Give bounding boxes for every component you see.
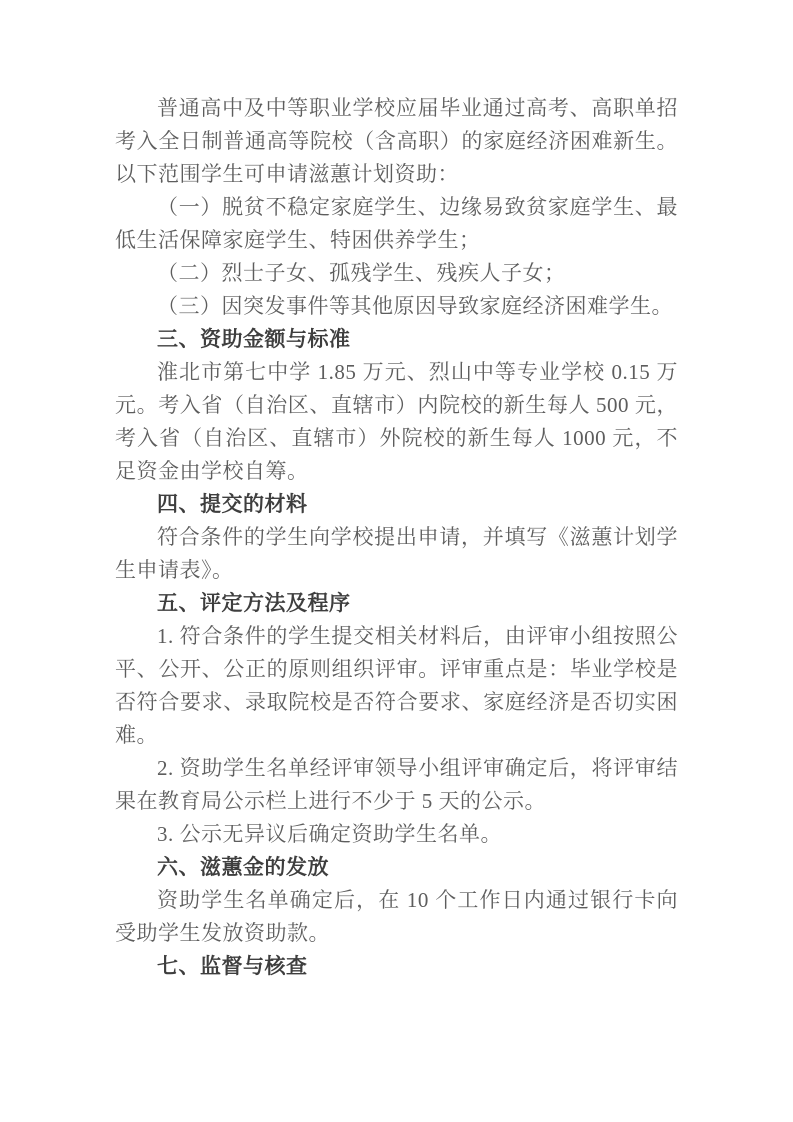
heading-section-5-procedure: 五、评定方法及程序	[115, 587, 678, 620]
heading-section-3-funding-amount: 三、资助金额与标准	[115, 323, 678, 356]
paragraph-eligibility-item-3: （三）因突发事件等其他原因导致家庭经济困难学生。	[115, 290, 678, 323]
paragraph-eligibility-item-1: （一）脱贫不稳定家庭学生、边缘易致贫家庭学生、最低生活保障家庭学生、特困供养学生…	[115, 191, 678, 257]
paragraph-disbursement-method: 资助学生名单确定后，在 10 个工作日内通过银行卡向受助学生发放资助款。	[115, 884, 678, 950]
heading-section-6-disbursement: 六、滋蕙金的发放	[115, 851, 678, 884]
document-page: 普通高中及中等职业学校应届毕业通过高考、高职单招考入全日制普通高等院校（含高职）…	[0, 0, 793, 1122]
paragraph-funding-standards: 淮北市第七中学 1.85 万元、烈山中等专业学校 0.15 万元。考入省（自治区…	[115, 356, 678, 488]
heading-section-7-supervision: 七、监督与核查	[115, 950, 678, 983]
paragraph-procedure-step-1: 1. 符合条件的学生提交相关材料后，由评审小组按照公平、公开、公正的原则组织评审…	[115, 620, 678, 752]
paragraph-eligibility-intro: 普通高中及中等职业学校应届毕业通过高考、高职单招考入全日制普通高等院校（含高职）…	[115, 92, 678, 191]
document-body: 普通高中及中等职业学校应届毕业通过高考、高职单招考入全日制普通高等院校（含高职）…	[115, 92, 678, 983]
heading-section-4-materials: 四、提交的材料	[115, 488, 678, 521]
paragraph-procedure-step-2: 2. 资助学生名单经评审领导小组评审确定后，将评审结果在教育局公示栏上进行不少于…	[115, 752, 678, 818]
paragraph-eligibility-item-2: （二）烈士子女、孤残学生、残疾人子女；	[115, 257, 678, 290]
paragraph-application-materials: 符合条件的学生向学校提出申请，并填写《滋蕙计划学生申请表》。	[115, 521, 678, 587]
paragraph-procedure-step-3: 3. 公示无异议后确定资助学生名单。	[115, 818, 678, 851]
